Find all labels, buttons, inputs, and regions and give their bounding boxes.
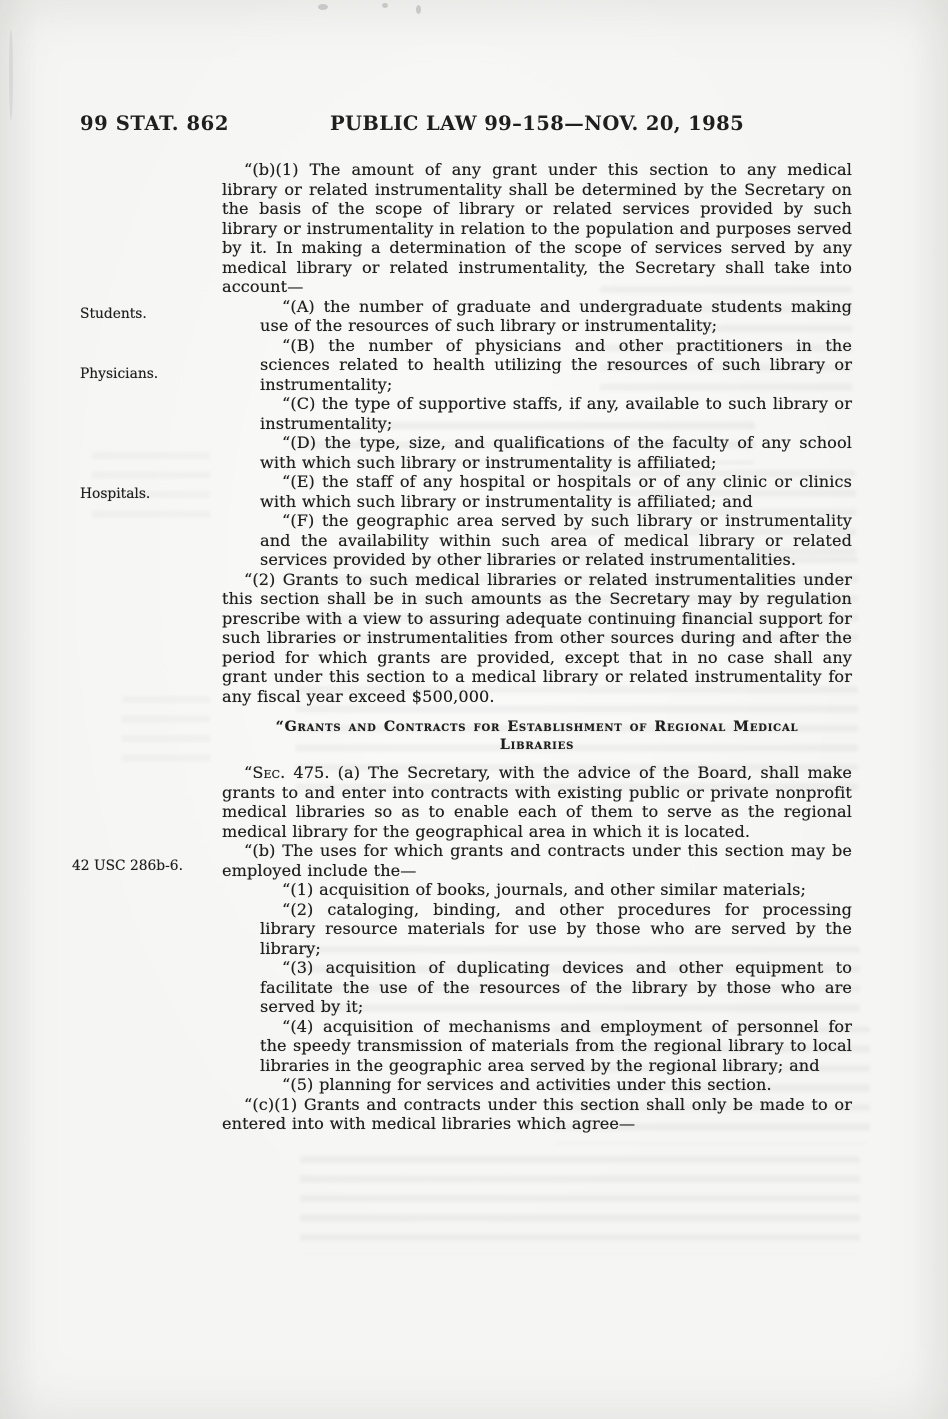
- margin-note-usc-citation: 42 USC 286b-6.: [72, 858, 183, 874]
- paragraph-b: “(b) The uses for which grants and contr…: [222, 841, 852, 880]
- subparagraph-C: “(C) the type of supportive staffs, if a…: [260, 394, 852, 433]
- section-number-label: “Sec. 475.: [244, 763, 330, 782]
- paragraph-c1: “(c)(1) Grants and contracts under this …: [222, 1095, 852, 1134]
- subparagraph-D: “(D) the type, size, and qualifications …: [260, 433, 852, 472]
- subparagraph-A: “(A) the number of graduate and undergra…: [260, 297, 852, 336]
- paragraph-2: “(2) Grants to such medical libraries or…: [222, 570, 852, 707]
- paragraph-b1: “(b)(1) The amount of any grant under th…: [222, 160, 852, 297]
- clause-5: “(5) planning for services and activitie…: [260, 1075, 852, 1095]
- public-law-title: PUBLIC LAW 99–158—NOV. 20, 1985: [222, 112, 852, 135]
- statute-text-column: “(b)(1) The amount of any grant under th…: [222, 160, 852, 1134]
- subparagraph-E: “(E) the staff of any hospital or hospit…: [260, 472, 852, 511]
- clause-2: “(2) cataloging, binding, and other proc…: [260, 900, 852, 959]
- bleedthrough-ghost: [122, 696, 210, 764]
- subparagraph-B: “(B) the number of physicians and other …: [260, 336, 852, 395]
- margin-note-hospitals: Hospitals.: [80, 486, 150, 502]
- stat-page-number: 99 STAT. 862: [80, 112, 229, 135]
- clause-4: “(4) acquisition of mechanisms and emplo…: [260, 1017, 852, 1076]
- margin-note-students: Students.: [80, 306, 147, 322]
- subparagraph-F: “(F) the geographic area served by such …: [260, 511, 852, 570]
- clause-3: “(3) acquisition of duplicating devices …: [260, 958, 852, 1017]
- statute-page: 99 STAT. 862 PUBLIC LAW 99–158—NOV. 20, …: [0, 0, 948, 1419]
- paragraph-sec-475: “Sec. 475. (a) The Secretary, with the a…: [222, 763, 852, 841]
- bleedthrough-ghost: [300, 1156, 860, 1254]
- clause-1: “(1) acquisition of books, journals, and…: [260, 880, 852, 900]
- margin-note-physicians: Physicians.: [80, 366, 158, 382]
- running-head: 99 STAT. 862 PUBLIC LAW 99–158—NOV. 20, …: [0, 112, 948, 138]
- section-heading: “Grants and Contracts for Establishment …: [252, 719, 822, 754]
